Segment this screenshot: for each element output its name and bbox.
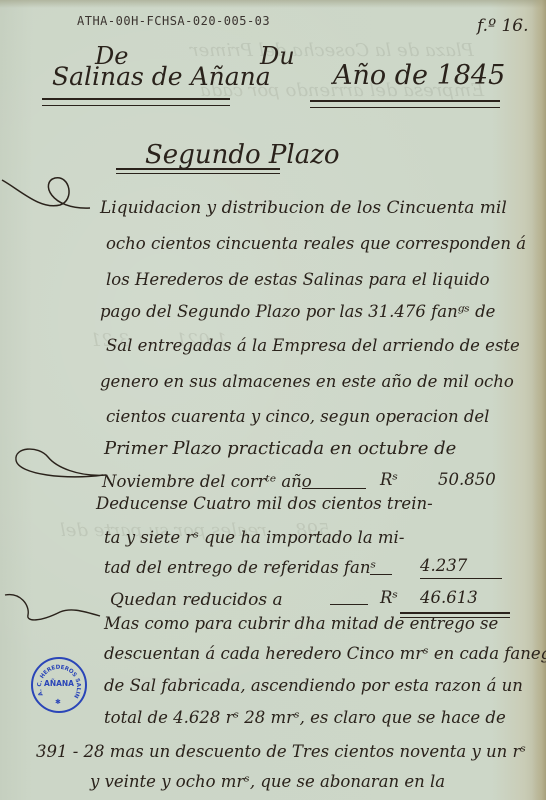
entry-label: Noviembre del corrᵗᵉ año — [102, 472, 312, 491]
entry-currency: Rˢ — [380, 470, 398, 489]
closing-line-5: 391 - 28 mas un descuento de Tres ciento… — [36, 742, 526, 761]
deduction-line-2: ta y siete rˢ que ha importado la mi- — [104, 528, 404, 547]
archive-stamp: A. C. HEREDEROS SALINAS AÑANA ✱ — [31, 657, 87, 713]
header-right-label: Du — [260, 42, 295, 70]
flourish-icon — [8, 435, 108, 485]
folio-number: f.º 16. — [477, 16, 529, 36]
text-line-3: los Herederos de estas Salinas para el l… — [106, 270, 490, 289]
text-line-2: ocho cientos cincuenta reales que corres… — [106, 234, 526, 253]
bleed-through-text: Plaza de la Cosecha del Primer — [190, 40, 474, 61]
text-line-1: Liquidacion y distribucion de los Cincue… — [100, 198, 507, 218]
leader-line — [302, 488, 366, 489]
star-icon: ✱ — [55, 698, 61, 706]
closing-line-6: y veinte y ocho mrˢ, que se abonaran en … — [90, 772, 445, 791]
deduction-line-1: Deducense Cuatro mil dos cientos trein- — [96, 494, 433, 513]
closing-line-3: de Sal fabricada, ascendiendo por esta r… — [104, 676, 523, 695]
remaining-amount: 46.613 — [420, 588, 478, 607]
reference-code: ATHA-00H-FCHSA-020-005-03 — [77, 14, 270, 28]
header-left-title: Salinas de Añana — [52, 62, 271, 91]
header-right-underline — [310, 100, 500, 108]
text-line-5: Sal entregadas á la Empresa del arriendo… — [106, 336, 520, 355]
deduction-amount: 4.237 — [420, 556, 467, 575]
section-title-underline — [116, 168, 280, 174]
remaining-currency: Rˢ — [380, 588, 398, 607]
closing-line-1: Mas como para cubrir dha mitad de entreg… — [104, 614, 498, 633]
stamp-center-text: AÑANA — [33, 679, 85, 688]
paper-edge-right — [532, 0, 546, 800]
section-title: Segundo Plazo — [145, 140, 340, 170]
text-line-7: cientos cuarenta y cinco, segun operacio… — [106, 407, 489, 426]
paper-edge-top — [0, 0, 546, 8]
header-right-title: Año de 1845 — [333, 60, 505, 91]
remaining-label: Quedan reducidos a — [110, 590, 283, 610]
text-line-4: pago del Segundo Plazo por las 31.476 fa… — [100, 302, 495, 321]
manuscript-page: Plaza de la Cosecha del Primer Empresa d… — [0, 0, 546, 800]
leader-line — [370, 574, 392, 575]
closing-line-2: descuentan á cada heredero Cinco mrˢ en … — [104, 644, 546, 663]
text-line-6: genero en sus almacenes en este año de m… — [100, 372, 514, 391]
header-left-underline — [42, 98, 230, 106]
deduction-line-3: tad del entrego de referidas fanˢ — [104, 558, 376, 577]
flourish-icon — [0, 590, 110, 630]
text-line-8: Primer Plazo practicada en octubre de — [104, 438, 456, 459]
leader-line — [330, 604, 368, 605]
flourish-icon — [0, 170, 110, 215]
entry-amount: 50.850 — [438, 470, 496, 489]
deduction-underline — [420, 578, 502, 579]
closing-line-4: total de 4.628 rˢ 28 mrˢ, es claro que s… — [104, 708, 506, 727]
